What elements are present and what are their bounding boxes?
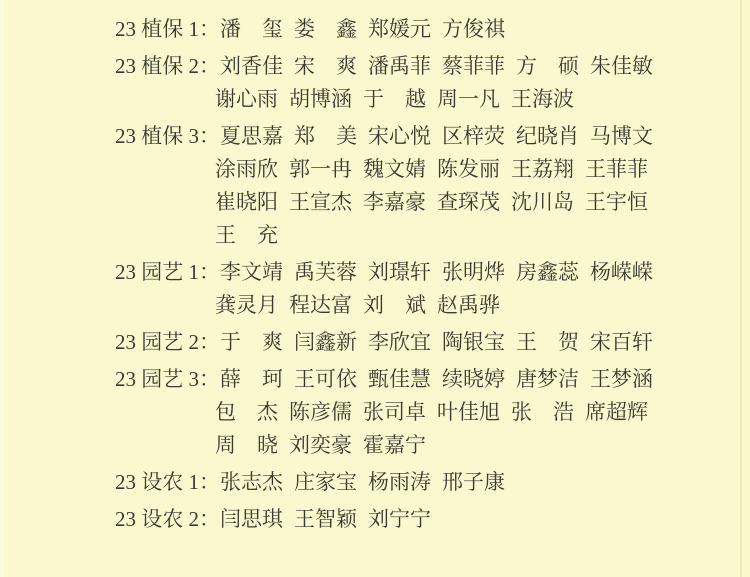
- student-name: 唐梦洁: [516, 367, 579, 391]
- names-row: 李文靖禹芙蓉刘璟轩张明烨房鑫蕊杨嵘嵘: [220, 256, 664, 289]
- student-name: 王 贺: [516, 330, 579, 354]
- student-name: 王菲菲: [585, 157, 648, 181]
- student-name: 魏文婧: [363, 157, 426, 181]
- class-label: 23 植保 3：: [115, 120, 220, 153]
- class-label: 23 园艺 1：: [115, 256, 220, 289]
- roster-line: 王 充: [115, 219, 750, 252]
- student-name: 潘禹菲: [368, 54, 431, 78]
- student-name: 李欣宜: [368, 330, 431, 354]
- class-block: 23 植保 1：潘 玺娄 鑫郑媛元方俊祺: [115, 13, 750, 46]
- student-name: 叶佳旭: [437, 400, 500, 424]
- names-row: 刘香佳宋 爽潘禹菲蔡菲菲方 硕朱佳敏: [220, 50, 664, 83]
- class-block: 23 设农 1：张志杰庄家宝杨雨涛邢子康: [115, 466, 750, 499]
- student-name: 夏思嘉: [220, 124, 283, 148]
- roster-line: 23 设农 1：张志杰庄家宝杨雨涛邢子康: [115, 466, 750, 499]
- class-label: 23 植保 2：: [115, 50, 220, 83]
- student-name: 方俊祺: [442, 17, 505, 41]
- student-name: 李嘉豪: [363, 190, 426, 214]
- student-name: 胡博涵: [289, 87, 352, 111]
- class-block: 23 园艺 2：于 爽闫鑫新李欣宜陶银宝王 贺宋百轩: [115, 326, 750, 359]
- student-name: 庄家宝: [294, 470, 357, 494]
- student-name: 席超辉: [585, 400, 648, 424]
- class-label: 23 设农 1：: [115, 466, 220, 499]
- student-name: 刘璟轩: [368, 260, 431, 284]
- student-name: 王智颖: [294, 507, 357, 531]
- student-name: 郑媛元: [368, 17, 431, 41]
- student-name: 王梦涵: [590, 367, 653, 391]
- student-name: 区梓荧: [442, 124, 505, 148]
- student-name: 刘 斌: [363, 293, 426, 317]
- student-name: 禹芙蓉: [294, 260, 357, 284]
- student-name: 陶银宝: [442, 330, 505, 354]
- student-name: 霍嘉宁: [363, 433, 426, 457]
- student-name: 杨嵘嵘: [590, 260, 653, 284]
- student-name: 刘香佳: [220, 54, 283, 78]
- student-name: 王荔翔: [511, 157, 574, 181]
- names-row: 龚灵月程达富刘 斌赵禹骅: [215, 289, 511, 322]
- roster-line: 包 杰陈彦儒张司卓叶佳旭张 浩席超辉: [115, 396, 750, 429]
- class-block: 23 植保 2：刘香佳宋 爽潘禹菲蔡菲菲方 硕朱佳敏谢心雨胡博涵于 越周一凡王海…: [115, 50, 750, 116]
- names-row: 于 爽闫鑫新李欣宜陶银宝王 贺宋百轩: [220, 326, 664, 359]
- roster-line: 崔晓阳王宣杰李嘉豪查琛茂沈川岛王宇恒: [115, 186, 750, 219]
- class-label: 23 设农 2：: [115, 503, 220, 536]
- student-name: 李文靖: [220, 260, 283, 284]
- student-name: 张 浩: [511, 400, 574, 424]
- names-row: 周 晓刘奕豪霍嘉宁: [215, 429, 437, 462]
- student-name: 周 晓: [215, 433, 278, 457]
- student-name: 王宣杰: [289, 190, 352, 214]
- student-name: 王可依: [294, 367, 357, 391]
- student-name: 邢子康: [442, 470, 505, 494]
- student-name: 潘 玺: [220, 17, 283, 41]
- names-row: 闫思琪王智颖刘宁宁: [220, 503, 442, 536]
- student-name: 王宇恒: [585, 190, 648, 214]
- student-name: 刘宁宁: [368, 507, 431, 531]
- student-name: 周一凡: [437, 87, 500, 111]
- student-name: 纪晓肖: [516, 124, 579, 148]
- class-roster-list: 23 植保 1：潘 玺娄 鑫郑媛元方俊祺23 植保 2：刘香佳宋 爽潘禹菲蔡菲菲…: [0, 0, 750, 536]
- student-name: 谢心雨: [215, 87, 278, 111]
- student-name: 王海波: [511, 87, 574, 111]
- student-name: 宋百轩: [590, 330, 653, 354]
- student-name: 张志杰: [220, 470, 283, 494]
- names-row: 薛 珂王可依甄佳慧续晓婷唐梦洁王梦涵: [220, 363, 664, 396]
- student-name: 于 越: [363, 87, 426, 111]
- names-row: 涂雨欣郭一冉魏文婧陈发丽王荔翔王菲菲: [215, 153, 659, 186]
- student-name: 张明烨: [442, 260, 505, 284]
- document-page: 23 植保 1：潘 玺娄 鑫郑媛元方俊祺23 植保 2：刘香佳宋 爽潘禹菲蔡菲菲…: [0, 0, 750, 577]
- student-name: 涂雨欣: [215, 157, 278, 181]
- roster-line: 23 园艺 3：薛 珂王可依甄佳慧续晓婷唐梦洁王梦涵: [115, 363, 750, 396]
- student-name: 薛 珂: [220, 367, 283, 391]
- roster-line: 23 园艺 1：李文靖禹芙蓉刘璟轩张明烨房鑫蕊杨嵘嵘: [115, 256, 750, 289]
- student-name: 房鑫蕊: [516, 260, 579, 284]
- student-name: 查琛茂: [437, 190, 500, 214]
- student-name: 宋 爽: [294, 54, 357, 78]
- student-name: 蔡菲菲: [442, 54, 505, 78]
- student-name: 朱佳敏: [590, 54, 653, 78]
- names-row: 王 充: [215, 219, 289, 252]
- student-name: 甄佳慧: [368, 367, 431, 391]
- names-row: 谢心雨胡博涵于 越周一凡王海波: [215, 83, 585, 116]
- roster-line: 23 植保 1：潘 玺娄 鑫郑媛元方俊祺: [115, 13, 750, 46]
- roster-line: 谢心雨胡博涵于 越周一凡王海波: [115, 83, 750, 116]
- student-name: 包 杰: [215, 400, 278, 424]
- student-name: 宋心悦: [368, 124, 431, 148]
- names-row: 张志杰庄家宝杨雨涛邢子康: [220, 466, 516, 499]
- student-name: 陈发丽: [437, 157, 500, 181]
- student-name: 杨雨涛: [368, 470, 431, 494]
- student-name: 王 充: [215, 223, 278, 247]
- student-name: 娄 鑫: [294, 17, 357, 41]
- names-row: 包 杰陈彦儒张司卓叶佳旭张 浩席超辉: [215, 396, 659, 429]
- class-label: 23 植保 1：: [115, 13, 220, 46]
- roster-line: 23 植保 3：夏思嘉郑 美宋心悦区梓荧纪晓肖马博文: [115, 120, 750, 153]
- class-block: 23 设农 2：闫思琪王智颖刘宁宁: [115, 503, 750, 536]
- student-name: 刘奕豪: [289, 433, 352, 457]
- student-name: 张司卓: [363, 400, 426, 424]
- names-row: 夏思嘉郑 美宋心悦区梓荧纪晓肖马博文: [220, 120, 664, 153]
- roster-line: 23 园艺 2：于 爽闫鑫新李欣宜陶银宝王 贺宋百轩: [115, 326, 750, 359]
- class-block: 23 植保 3：夏思嘉郑 美宋心悦区梓荧纪晓肖马博文涂雨欣郭一冉魏文婧陈发丽王荔…: [115, 120, 750, 252]
- student-name: 闫鑫新: [294, 330, 357, 354]
- student-name: 郭一冉: [289, 157, 352, 181]
- student-name: 闫思琪: [220, 507, 283, 531]
- student-name: 方 硕: [516, 54, 579, 78]
- student-name: 崔晓阳: [215, 190, 278, 214]
- student-name: 沈川岛: [511, 190, 574, 214]
- student-name: 陈彦儒: [289, 400, 352, 424]
- roster-line: 23 植保 2：刘香佳宋 爽潘禹菲蔡菲菲方 硕朱佳敏: [115, 50, 750, 83]
- student-name: 马博文: [590, 124, 653, 148]
- class-label: 23 园艺 3：: [115, 363, 220, 396]
- student-name: 程达富: [289, 293, 352, 317]
- names-row: 崔晓阳王宣杰李嘉豪查琛茂沈川岛王宇恒: [215, 186, 659, 219]
- roster-line: 周 晓刘奕豪霍嘉宁: [115, 429, 750, 462]
- student-name: 郑 美: [294, 124, 357, 148]
- student-name: 龚灵月: [215, 293, 278, 317]
- student-name: 于 爽: [220, 330, 283, 354]
- class-label: 23 园艺 2：: [115, 326, 220, 359]
- roster-line: 23 设农 2：闫思琪王智颖刘宁宁: [115, 503, 750, 536]
- names-row: 潘 玺娄 鑫郑媛元方俊祺: [220, 13, 516, 46]
- class-block: 23 园艺 3：薛 珂王可依甄佳慧续晓婷唐梦洁王梦涵包 杰陈彦儒张司卓叶佳旭张 …: [115, 363, 750, 462]
- student-name: 赵禹骅: [437, 293, 500, 317]
- class-block: 23 园艺 1：李文靖禹芙蓉刘璟轩张明烨房鑫蕊杨嵘嵘龚灵月程达富刘 斌赵禹骅: [115, 256, 750, 322]
- student-name: 续晓婷: [442, 367, 505, 391]
- roster-line: 龚灵月程达富刘 斌赵禹骅: [115, 289, 750, 322]
- roster-line: 涂雨欣郭一冉魏文婧陈发丽王荔翔王菲菲: [115, 153, 750, 186]
